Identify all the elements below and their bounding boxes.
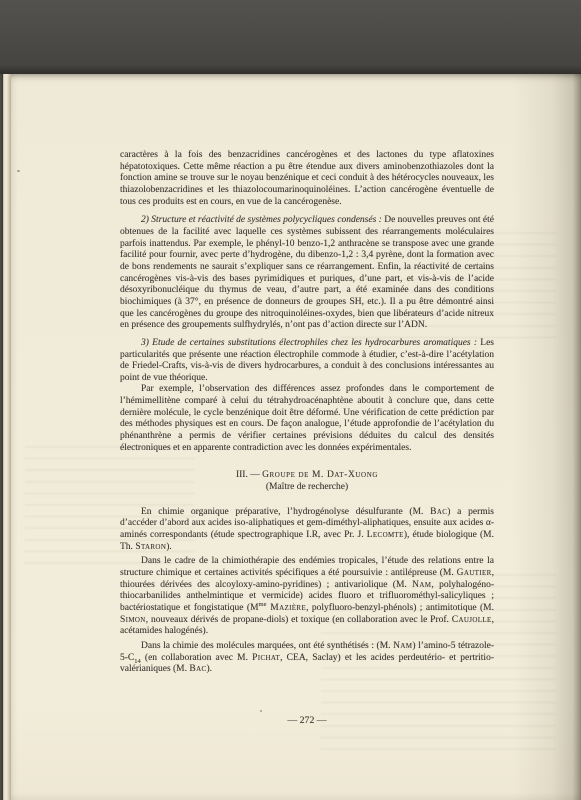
run: Dans le cadre de la chimiothérapie des e… <box>120 556 494 578</box>
section-numeral: III. — <box>236 470 262 480</box>
run: , polyfluoro-benzyl-phénols) ; antimitot… <box>306 603 494 613</box>
text-column: caractères à la fois des benzacridines c… <box>120 150 494 676</box>
paragraph-section-3: 3) Etude de certaines substitutions élec… <box>120 338 494 385</box>
researcher-name: Bac <box>189 664 206 674</box>
paragraph-organic-chemistry: En chimie organique préparative, l’hydro… <box>120 507 494 554</box>
scanned-book-page: caractères à la fois des benzacridines c… <box>0 0 581 800</box>
researcher-name: Nam <box>412 580 431 590</box>
section-3-lead: 3) Etude de certaines substitutions élec… <box>141 338 480 348</box>
run: ). <box>207 664 213 674</box>
researcher-name: Simon <box>120 615 146 625</box>
section-2-body: De nouvelles preuves ont été obtenues de… <box>120 215 494 330</box>
researcher-name: Mazière <box>267 603 307 613</box>
paragraph-chemotherapy: Dans le cadre de la chimiothérapie des e… <box>120 556 494 638</box>
researcher-name: Pichat <box>252 653 280 663</box>
page-edge-stack <box>3 74 11 800</box>
paragraph-continuation: caractères à la fois des benzacridines c… <box>120 150 494 208</box>
book-page: caractères à la fois des benzacridines c… <box>11 74 581 800</box>
researcher-name: Gautier <box>457 568 492 578</box>
paragraph-example: Par exemple, l’observation des différenc… <box>120 384 494 454</box>
section-subtitle: (Maître de recherche) <box>120 482 494 494</box>
researcher-name: Bac <box>430 507 447 517</box>
scan-speck <box>260 710 262 712</box>
paragraph-section-2: 2) Structure et réactivité de systèmes p… <box>120 215 494 332</box>
scanner-backdrop <box>0 0 581 74</box>
run: (en collaboration avec M. <box>141 653 252 663</box>
run: Dans la chimie des molécules marquées, o… <box>141 641 393 651</box>
run: ). <box>166 542 172 552</box>
scan-speck <box>17 170 20 172</box>
section-heading: III. — Groupe de M. Dat-Xuong <box>120 470 494 482</box>
researcher-name: Lecomte <box>367 530 404 540</box>
researcher-name: Caujolle <box>452 615 492 625</box>
superscript: me <box>259 601 267 608</box>
page-number: — 272 — <box>120 715 494 726</box>
section-title: Groupe de M. Dat-Xuong <box>262 470 378 480</box>
run: En chimie organique préparative, l’hydro… <box>141 507 430 517</box>
run: , nouveaux dérivés de propane-diols) et … <box>146 615 452 625</box>
section-2-lead: 2) Structure et réactivité de systèmes p… <box>141 215 384 225</box>
researcher-name: Staron <box>135 542 166 552</box>
paragraph-labeled-molecules: Dans la chimie des molécules marquées, o… <box>120 641 494 676</box>
researcher-name: Nam <box>393 641 412 651</box>
